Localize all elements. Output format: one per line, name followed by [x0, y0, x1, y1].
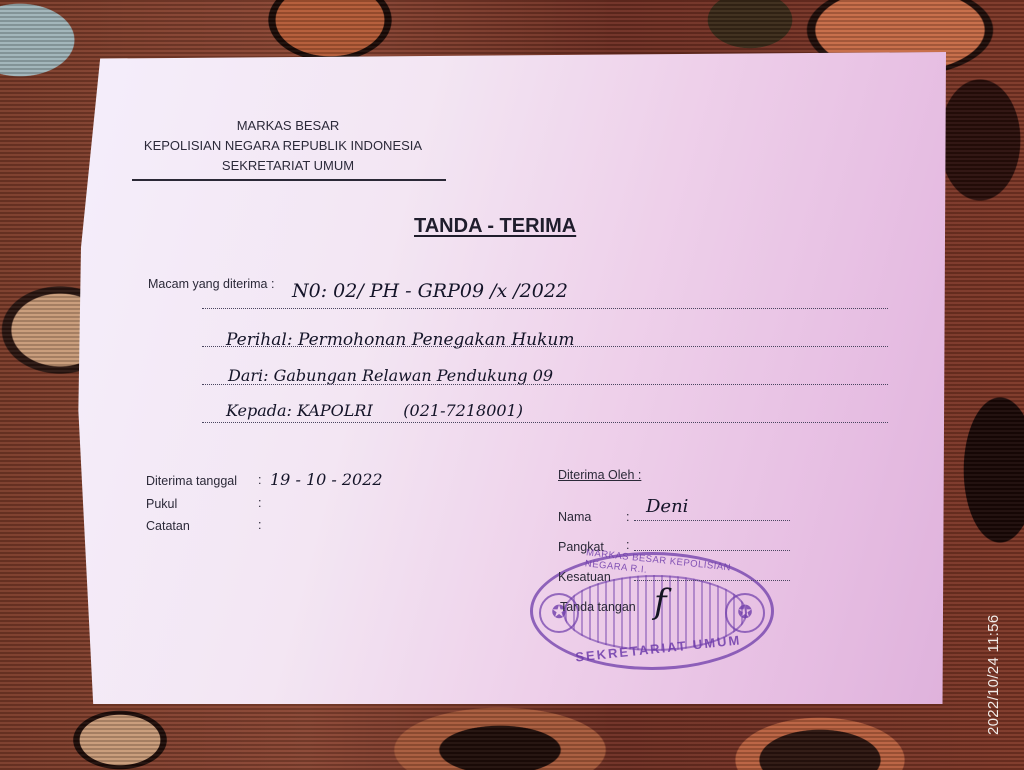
dotted-line [202, 346, 888, 347]
field-signature-label: Tanda tangan [560, 600, 636, 614]
header-line-2: KEPOLISIAN NEGARA REPUBLIK INDONESIA [120, 136, 446, 156]
header-divider [132, 179, 446, 181]
received-item-line-4: Kepada: KAPOLRI (021-7218001) [226, 401, 523, 420]
dotted-line [634, 580, 790, 581]
received-item-line-1: N0: 02/ PH - GRP09 /x /2022 [292, 280, 568, 302]
document-header: MARKAS BESAR KEPOLISIAN NEGARA REPUBLIK … [130, 116, 446, 176]
field-name-colon: : [626, 510, 629, 524]
field-unit-label: Kesatuan [558, 570, 611, 584]
dotted-line [202, 308, 888, 309]
field-notes-label: Catatan [146, 519, 190, 533]
dotted-line [202, 422, 888, 423]
field-time-label: Pukul [146, 497, 177, 511]
receipt-document: MARKAS BESAR KEPOLISIAN NEGARA REPUBLIK … [74, 52, 946, 704]
header-line-1: MARKAS BESAR [130, 116, 446, 136]
dotted-line [202, 384, 888, 385]
received-item-line-3: Dari: Gabungan Relawan Pendukung 09 [228, 366, 553, 385]
photo-timestamp: 2022/10/24 11:56 [985, 615, 1002, 735]
dotted-line [634, 520, 790, 521]
header-line-3: SEKRETARIAT UMUM [130, 156, 446, 176]
field-date-colon: : [258, 473, 261, 487]
police-emblem-icon: ✪ [725, 593, 765, 633]
field-time-colon: : [258, 496, 261, 510]
dotted-line [634, 550, 790, 551]
field-name-value: Deni [646, 496, 688, 517]
field-notes-colon: : [258, 518, 261, 532]
field-rank-colon: : [626, 538, 629, 552]
field-name-label: Nama [558, 510, 591, 524]
received-by-heading: Diterima Oleh : [558, 468, 641, 482]
field-date-value: 19 - 10 - 2022 [270, 470, 383, 489]
field-date-label: Diterima tanggal [146, 474, 237, 488]
received-item-line-2: Perihal: Permohonan Penegakan Hukum [226, 330, 574, 350]
handwritten-signature: f [654, 582, 667, 622]
document-title: TANDA - TERIMA [414, 215, 576, 238]
received-items-label: Macam yang diterima : [148, 277, 274, 291]
